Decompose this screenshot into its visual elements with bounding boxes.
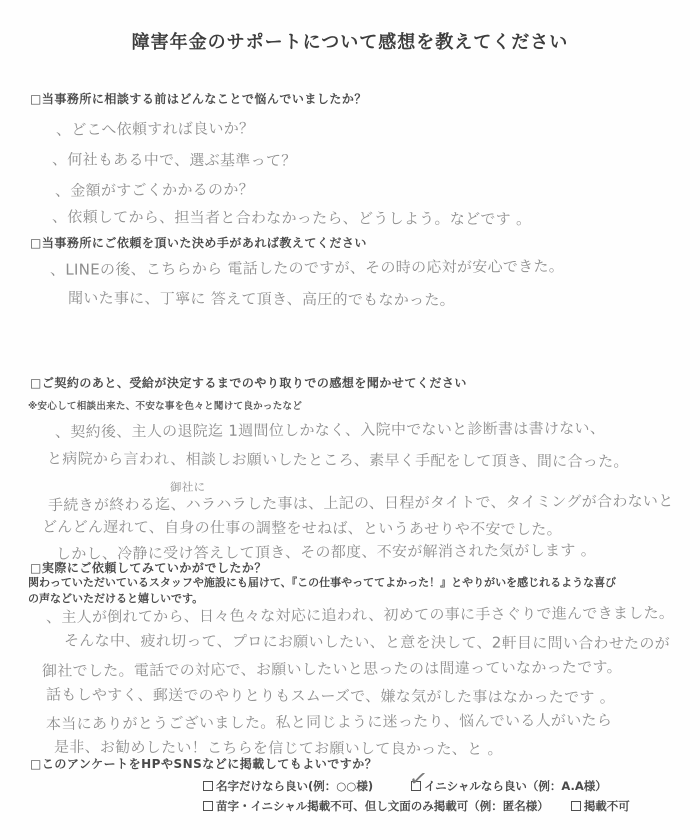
option-label: 掲載不可 (584, 798, 630, 814)
handwritten-answer-line: 聞いた事に、丁寧に 答えて頂き、高圧的でもなかった。 (68, 287, 455, 310)
publish-options-row-2: 苗字・イニシャル掲載不可、但し文面のみ掲載可（例：匿名様） 掲載不可 (203, 798, 630, 814)
question-5-label: □このアンケートをHPやSNSなどに掲載してもよいですか？ (30, 755, 377, 772)
question-4-subtext-line1: 関わっていただいているスタッフや施設にも届けて、『この仕事やっててよかった！』と… (28, 575, 616, 591)
handwritten-answer-line: 、金額がすごくかかるのか？ (55, 178, 254, 200)
question-1-label: □当事務所に相談する前はどんなことで悩んでいましたか？ (30, 90, 367, 107)
handwritten-answer-line: 話もしやすく、郵送でのやりとりもスムーズで、嫌な気がした事はなかったです 。 (46, 684, 615, 708)
handwritten-answer-line: と病院から言われ、相談しお願いしたところ、素早く手配をして頂き、間に合った。 (47, 447, 629, 471)
handwritten-answer-line: 、主人が倒れてから、日々色々な対応に追われ、初めての事に手さぐりで進んできました… (46, 602, 674, 627)
question-2-label: □当事務所にご依頼を頂いた決め手があれば教えてください (30, 234, 367, 251)
option-no-publish[interactable]: 掲載不可 (571, 798, 630, 814)
option-label: イニシャルなら良い（例：A.A様） (424, 778, 607, 794)
option-lastname-ok[interactable]: 名字だけなら良い(例：○○様) (203, 778, 373, 794)
handwritten-answer-line: 御社でした。電話での対応で、お願いしたいと思ったのは間違っていなかったです。 (42, 656, 622, 681)
option-label: 名字だけなら良い(例：○○様) (216, 778, 373, 794)
publish-options-row-1: 名字だけなら良い(例：○○様) ✓ イニシャルなら良い（例：A.A様） (203, 778, 607, 794)
handwritten-answer-line: 本当にありがとうございました。私と同じように迷ったり、悩んでいる人がいたら (46, 709, 612, 734)
handwritten-answer-line: 手続きが終わる迄、ハラハラした事は、上記の、日程がタイトで、タイミングが合わない… (48, 490, 674, 515)
handwritten-answer-line: 、LINEの後、こちらから 電話したのですが、その時の応対が安心できた。 (50, 255, 564, 280)
checkbox-lastname-ok[interactable] (203, 781, 213, 791)
survey-form-page: 障害年金のサポートについて感想を教えてください □当事務所に相談する前はどんなこ… (0, 0, 700, 840)
handwritten-answer-line: 、依頼してから、担当者と合わなかったら、どうしよう。などです 。 (52, 206, 531, 230)
question-3-note: ※安心して相談出来た、不安な事を色々と聞けて良かったなど (28, 398, 302, 412)
handwritten-answer-line: 、どこへ依頼すれば良いか？ (56, 117, 254, 139)
question-4-label: □実際にご依頼してみていかがでしたか？ (30, 559, 267, 576)
option-initials-ok[interactable]: ✓ イニシャルなら良い（例：A.A様） (411, 778, 607, 794)
question-3-label: □ご契約のあと、受給が決定するまでのやり取りでの感想を聞かせてください (30, 374, 467, 391)
page-title: 障害年金のサポートについて感想を教えてください (0, 28, 700, 54)
handwritten-answer-line: どんどん遅れて、自身の仕事の調整をせねば、というあせりや不安でした。 (42, 516, 562, 540)
checkbox-no-publish[interactable] (571, 801, 581, 811)
checkbox-initials-ok[interactable]: ✓ (411, 781, 421, 791)
handwritten-answer-line: そんな中、疲れ切って、プロにお願いしたい、と意を決して、2軒目に問い合わせたのが (64, 629, 670, 653)
handwritten-answer-line: 、契約後、主人の退院迄 1週間位しかなく、入院中でないと診断書は書けない、 (55, 417, 605, 442)
option-anonymous-text-only[interactable]: 苗字・イニシャル掲載不可、但し文面のみ掲載可（例：匿名様） (203, 798, 549, 814)
handwritten-answer-line: 、何社もある中で、選ぶ基準って？ (52, 148, 297, 170)
option-label: 苗字・イニシャル掲載不可、但し文面のみ掲載可（例：匿名様） (216, 798, 549, 814)
checkbox-anonymous-text-only[interactable] (203, 801, 213, 811)
